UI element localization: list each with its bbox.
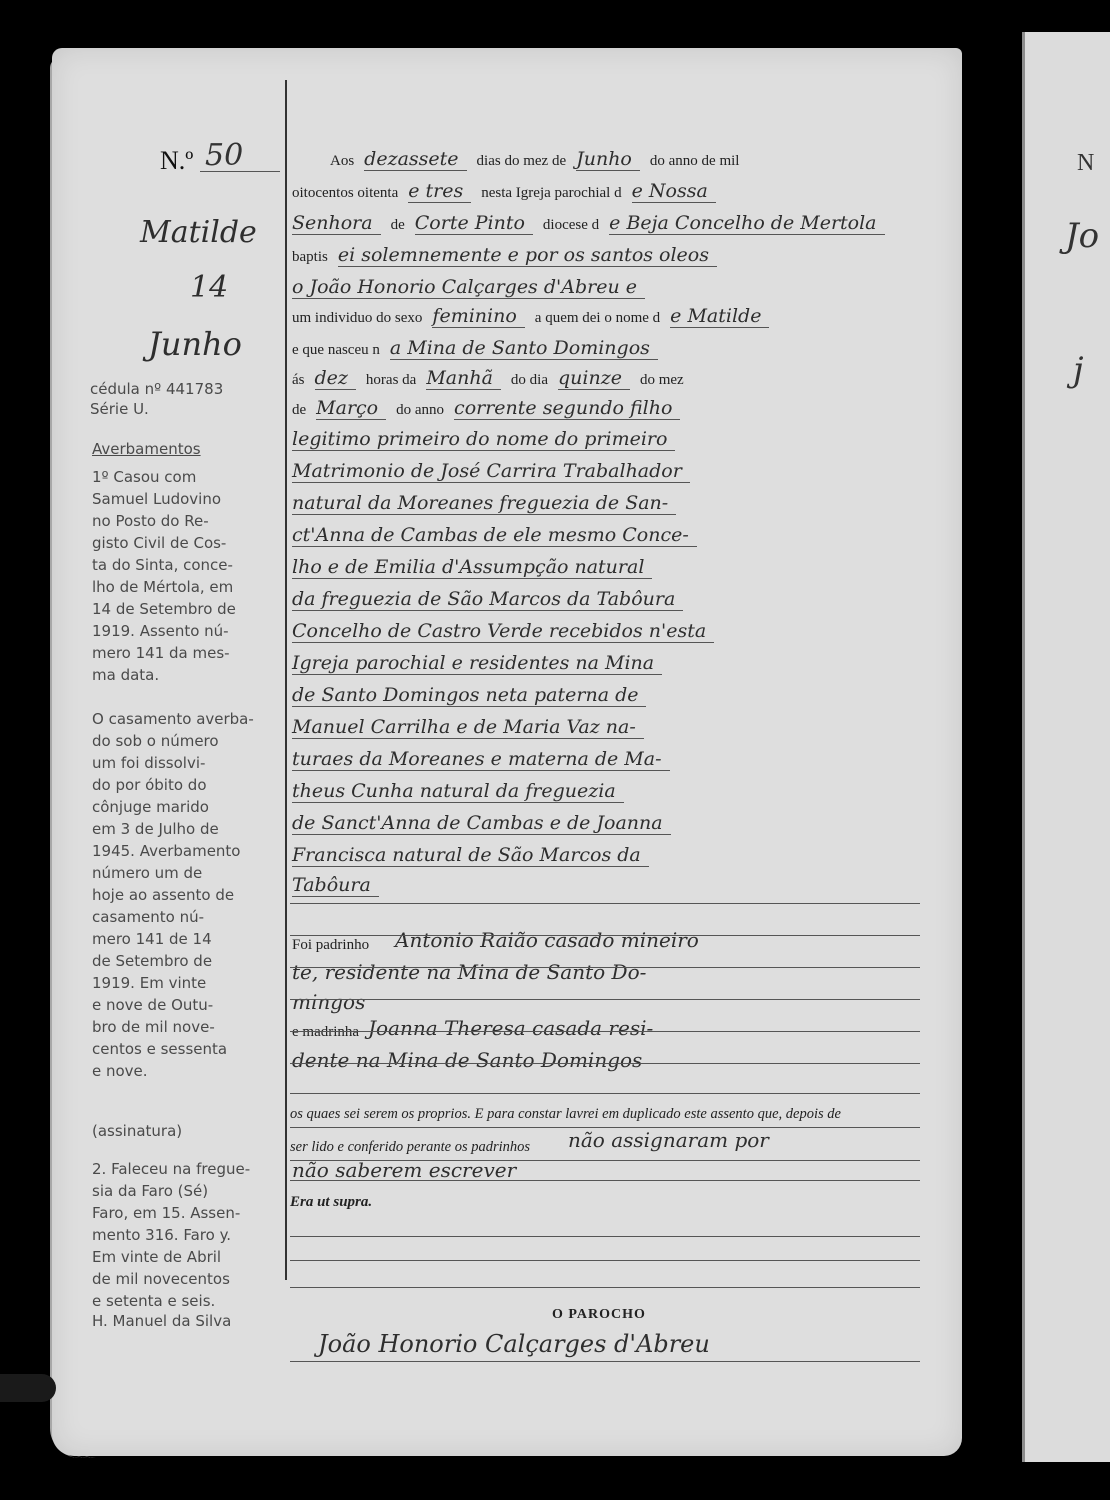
margin-annotation-line: Averbamentos — [92, 440, 201, 458]
ruled-line — [290, 1127, 920, 1128]
handwritten-entry: a Mina de Santo Domingos — [390, 337, 658, 360]
printed-label: um individuo do sexo — [292, 310, 422, 327]
handwritten-entry: Francisca natural de São Marcos da — [292, 844, 649, 867]
margin-annotation-line: 1945. Averbamento — [92, 842, 240, 860]
binding-clip — [0, 1374, 56, 1402]
printed-label: de — [292, 402, 306, 419]
handwritten-entry: dezassete — [364, 148, 466, 171]
record-line: Concelho de Castro Verde recebidos n'est… — [292, 620, 922, 643]
record-line: o João Honorio Calçarges d'Abreu e — [292, 276, 922, 299]
handwritten-entry: corrente segundo filho — [454, 397, 680, 420]
printed-label: a quem dei o nome d — [535, 310, 660, 327]
handwritten-entry: e Matilde — [670, 305, 769, 328]
record-line: e que nasceu na Mina de Santo Domingos — [292, 337, 922, 360]
record-line: Matrimonio de José Carrira Trabalhador — [292, 460, 922, 483]
margin-annotation-line: um foi dissolvi- — [92, 754, 205, 772]
entry-number-label: N.º — [160, 146, 193, 176]
record-line: lho e de Emilia d'Assumpção natural — [292, 556, 922, 579]
handwritten-entry: e tres — [408, 180, 471, 203]
printed-label: Aos — [330, 153, 354, 170]
printed-label: nesta Igreja parochial d — [481, 185, 621, 202]
godmother-line: dente na Mina de Santo Domingos — [292, 1048, 642, 1072]
printed-label: oitocentos oitenta — [292, 185, 398, 202]
handwritten-entry: Tabôura — [292, 874, 379, 897]
handwritten-entry: feminino — [432, 305, 524, 328]
margin-annotation-line: sia da Faro (Sé) — [92, 1182, 208, 1200]
handwritten-entry: da freguezia de São Marcos da Tabôura — [292, 588, 683, 611]
margin-annotation-line: ta do Sinta, conce- — [92, 556, 233, 574]
entry-number: 50 — [205, 138, 243, 173]
record-line: um individuo do sexofemininoa quem dei o… — [292, 305, 922, 328]
margin-annotation-line: hoje ao assento de — [92, 886, 234, 904]
margin-annotation-line: centos e sessenta — [92, 1040, 227, 1058]
margin-annotation-line: Série U. — [90, 400, 149, 418]
godfather-line: Antonio Raião casado mineiro — [395, 928, 699, 952]
handwritten-entry: de Santo Domingos neta paterna de — [292, 684, 646, 707]
handwritten-entry: natural da Moreanes freguezia de San- — [292, 492, 676, 515]
printed-label: do mez — [640, 372, 684, 389]
record-line: legitimo primeiro do nome do primeiro — [292, 428, 922, 451]
handwritten-entry: theus Cunha natural da freguezia — [292, 780, 624, 803]
margin-annotation-line: e setenta e seis. — [92, 1292, 215, 1310]
margin-annotation-line: cônjuge marido — [92, 798, 209, 816]
margin-annotation-line: número um de — [92, 864, 202, 882]
margin-annotation-line: do por óbito do — [92, 776, 207, 794]
margin-annotation-line: 1919. Em vinte — [92, 974, 206, 992]
godmother-line: Joanna Theresa casada resi- — [368, 1016, 653, 1040]
record-line: Manuel Carrilha e de Maria Vaz na- — [292, 716, 922, 739]
godmother-label: e madrinha — [292, 1024, 359, 1041]
era-ut-supra: Era ut supra. — [290, 1194, 372, 1211]
record-line: ct'Anna de Cambas de ele mesmo Conce- — [292, 524, 922, 547]
handwritten-entry: Junho — [576, 148, 640, 171]
handwritten-entry: legitimo primeiro do nome do primeiro — [292, 428, 675, 451]
margin-annotation-line: do sob o número — [92, 732, 219, 750]
record-line: theus Cunha natural da freguezia — [292, 780, 922, 803]
handwritten-entry: o João Honorio Calçarges d'Abreu e — [292, 276, 645, 299]
margin-annotation-line: Samuel Ludovino — [92, 490, 221, 508]
ruled-line — [290, 967, 920, 968]
margin-annotation-line: 2. Faleceu na fregue- — [92, 1160, 250, 1178]
margin-annotation-line: lho de Mértola, em — [92, 578, 233, 596]
closing-text-1: os quaes sei serem os proprios. E para c… — [290, 1106, 841, 1123]
margin-annotation-line: (assinatura) — [92, 1122, 182, 1140]
handwritten-entry: Manhã — [426, 367, 501, 390]
printed-label: horas da — [366, 372, 416, 389]
ruled-line — [290, 1031, 920, 1032]
margin-annotation-line: 1º Casou com — [92, 468, 196, 486]
handwritten-entry: quinze — [558, 367, 630, 390]
margin-annotation-line: e nove. — [92, 1062, 148, 1080]
margin-annotation-line: bro de mil nove- — [92, 1018, 215, 1036]
margin-month: Junho — [148, 325, 242, 363]
record-line: oitocentos oitentae tresnesta Igreja par… — [292, 180, 922, 203]
margin-annotation-line: Em vinte de Abril — [92, 1248, 221, 1266]
record-line: de Sanct'Anna de Cambas e de Joanna — [292, 812, 922, 835]
printed-label: diocese d — [543, 217, 599, 234]
record-line: ásdezhoras daManhãdo diaquinzedo mez — [292, 367, 922, 390]
handwritten-entry: Matrimonio de José Carrira Trabalhador — [292, 460, 690, 483]
ruled-line — [290, 1260, 920, 1261]
handwritten-entry: de Sanct'Anna de Cambas e de Joanna — [292, 812, 671, 835]
godfather-label: Foi padrinho — [292, 937, 369, 954]
printed-label: do anno de mil — [650, 153, 740, 170]
ruled-line — [290, 903, 920, 904]
record-line: baptisei solemnemente e por os santos ol… — [292, 244, 922, 267]
record-line: Aosdezassetedias do mez deJunhodo anno d… — [292, 148, 960, 171]
printed-label: dias do mez de — [477, 153, 567, 170]
closing-text-2: ser lido e conferido perante os padrinho… — [290, 1139, 530, 1156]
margin-annotation-line: 1919. Assento nú- — [92, 622, 229, 640]
handwritten-entry: Corte Pinto — [415, 212, 533, 235]
printed-label: do anno — [396, 402, 444, 419]
margin-annotation-line: mero 141 da mes- — [92, 644, 230, 662]
margin-annotation-line: de Setembro de — [92, 952, 212, 970]
printed-label: ás — [292, 372, 305, 389]
margin-annotation-line: mento 316. Faro y. — [92, 1226, 231, 1244]
margin-annotation-line: gisto Civil de Cos- — [92, 534, 226, 552]
handwritten-entry: Concelho de Castro Verde recebidos n'est… — [292, 620, 714, 643]
margin-annotation-line: ma data. — [92, 666, 159, 684]
ruled-line — [290, 1093, 920, 1094]
parish-priest-label: O PAROCHO — [552, 1307, 646, 1323]
printed-label: baptis — [292, 249, 328, 266]
ruled-line — [290, 1287, 920, 1288]
godfather-line: te, residente na Mina de Santo Do- — [292, 960, 646, 984]
margin-child-name: Matilde — [140, 215, 257, 250]
facing-page-fragment: N — [1077, 150, 1094, 177]
handwritten-entry: turaes da Moreanes e materna de Ma- — [292, 748, 670, 771]
closing-handwritten: não saberem escrever — [292, 1158, 516, 1182]
record-line: natural da Moreanes freguezia de San- — [292, 492, 922, 515]
ruled-line — [290, 1063, 920, 1064]
margin-annotation-line: O casamento averba- — [92, 710, 254, 728]
record-line: Francisca natural de São Marcos da — [292, 844, 922, 867]
ruled-line — [290, 1361, 920, 1362]
handwritten-entry: Março — [316, 397, 386, 420]
margin-annotation-line: em 3 de Julho de — [92, 820, 219, 838]
ruled-line — [290, 1180, 920, 1181]
facing-page: N Jo j — [1022, 32, 1110, 1462]
handwritten-entry: e Beja Concelho de Mertola — [609, 212, 884, 235]
printed-label: de — [391, 217, 405, 234]
facing-page-fragment: j — [1073, 350, 1084, 390]
priest-signature: João Honorio Calçarges d'Abreu — [318, 1330, 710, 1358]
margin-annotation-line: mero 141 de 14 — [92, 930, 212, 948]
record-line: de Santo Domingos neta paterna de — [292, 684, 922, 707]
entry-number-rule — [200, 171, 280, 172]
printed-label: e que nasceu n — [292, 342, 380, 359]
closing-handwritten: não assignaram por — [568, 1128, 769, 1152]
margin-annotation-line: de mil novecentos — [92, 1270, 230, 1288]
record-line: Tabôura — [292, 874, 922, 897]
record-line: turaes da Moreanes e materna de Ma- — [292, 748, 922, 771]
record-line: deMarçodo annocorrente segundo filho — [292, 397, 922, 420]
margin-day: 14 — [190, 270, 228, 305]
printed-label: do dia — [511, 372, 548, 389]
record-line: Igreja parochial e residentes na Mina — [292, 652, 922, 675]
ruled-line — [290, 935, 920, 936]
margin-annotation-line: e nove de Outu- — [92, 996, 213, 1014]
margin-divider — [285, 80, 287, 1280]
handwritten-entry: ei solemnemente e por os santos oleos — [338, 244, 717, 267]
record-line: SenhoradeCorte Pintodiocese de Beja Conc… — [292, 212, 922, 235]
margin-annotation-line: 14 de Setembro de — [92, 600, 236, 618]
handwritten-entry: e Nossa — [632, 180, 716, 203]
handwritten-entry: dez — [315, 367, 356, 390]
handwritten-entry: Senhora — [292, 212, 381, 235]
record-line: da freguezia de São Marcos da Tabôura — [292, 588, 922, 611]
margin-annotation-line: Faro, em 15. Assen- — [92, 1204, 240, 1222]
ruled-line — [290, 1160, 920, 1161]
handwritten-entry: Manuel Carrilha e de Maria Vaz na- — [292, 716, 644, 739]
handwritten-entry: lho e de Emilia d'Assumpção natural — [292, 556, 652, 579]
ruled-line — [290, 1236, 920, 1237]
facing-page-fragment: Jo — [1065, 216, 1099, 256]
handwritten-entry: Igreja parochial e residentes na Mina — [292, 652, 662, 675]
margin-annotation-line: no Posto do Re- — [92, 512, 209, 530]
ruled-line — [290, 999, 920, 1000]
handwritten-entry: ct'Anna de Cambas de ele mesmo Conce- — [292, 524, 697, 547]
margin-annotation-line: H. Manuel da Silva — [92, 1312, 231, 1330]
godfather-line: mingos — [292, 990, 365, 1014]
margin-annotation-line: casamento nú- — [92, 908, 204, 926]
margin-annotation-line: cédula nº 441783 — [90, 380, 223, 398]
